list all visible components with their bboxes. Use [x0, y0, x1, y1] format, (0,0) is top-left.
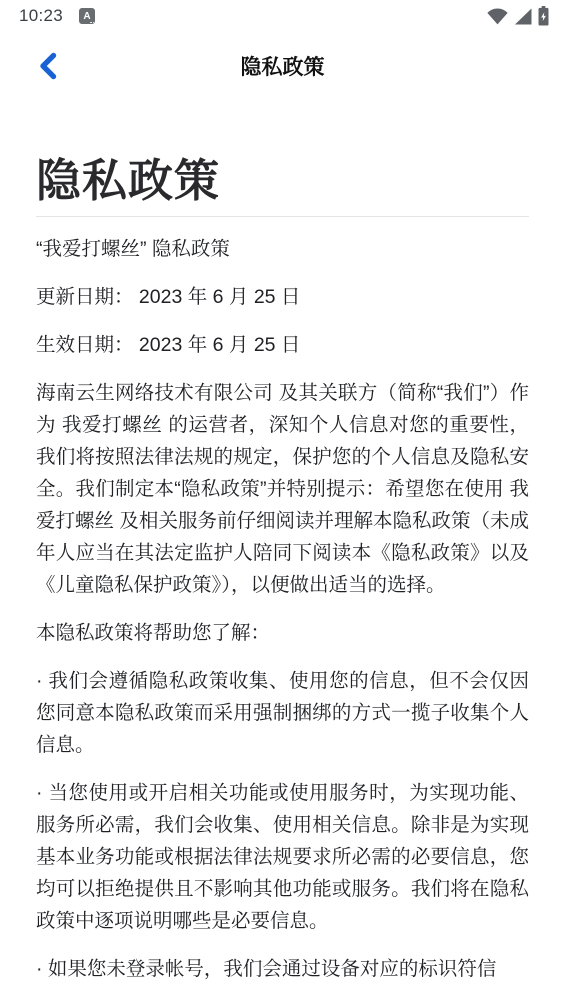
policy-paragraph: “我爱打螺丝” 隐私政策 — [36, 233, 529, 265]
notification-app-icon: A — [79, 8, 95, 24]
app-badge-letter: A — [83, 11, 90, 22]
screen: 10:23 A 隐私政策 隐 — [0, 0, 565, 985]
title-divider — [36, 216, 529, 217]
app-bar: 隐私政策 — [0, 34, 565, 98]
app-badge-dots — [90, 22, 94, 24]
policy-paragraph: 更新日期： 2023 年 6 月 25 日 — [36, 281, 529, 313]
policy-paragraph: 海南云生网络技术有限公司 及其关联方（简称“我们”）作为 我爱打螺丝 的运营者，… — [36, 377, 529, 601]
policy-title: 隐私政策 — [36, 156, 529, 206]
policy-paragraph: 生效日期： 2023 年 6 月 25 日 — [36, 329, 529, 361]
policy-paragraph: · 如果您未登录帐号，我们会通过设备对应的标识符信 — [36, 953, 529, 985]
status-bar: 10:23 A — [0, 0, 565, 30]
back-button[interactable] — [30, 48, 66, 84]
policy-paragraph: 本隐私政策将帮助您了解： — [36, 617, 529, 649]
status-time: 10:23 — [19, 6, 63, 26]
battery-charging-icon — [538, 6, 549, 26]
page-header-title: 隐私政策 — [0, 51, 565, 81]
policy-paragraph: · 我们会遵循隐私政策收集、使用您的信息，但不会仅因您同意本隐私政策而采用强制捆… — [36, 665, 529, 761]
status-icons — [487, 6, 549, 26]
chevron-left-icon — [38, 52, 58, 80]
cellular-signal-icon — [514, 8, 532, 25]
wifi-icon — [487, 8, 508, 25]
policy-paragraph: · 当您使用或开启相关功能或使用服务时，为实现功能、服务所必需，我们会收集、使用… — [36, 777, 529, 937]
policy-content: 隐私政策 “我爱打螺丝” 隐私政策更新日期： 2023 年 6 月 25 日生效… — [0, 156, 565, 985]
policy-paragraphs: “我爱打螺丝” 隐私政策更新日期： 2023 年 6 月 25 日生效日期： 2… — [36, 233, 529, 985]
